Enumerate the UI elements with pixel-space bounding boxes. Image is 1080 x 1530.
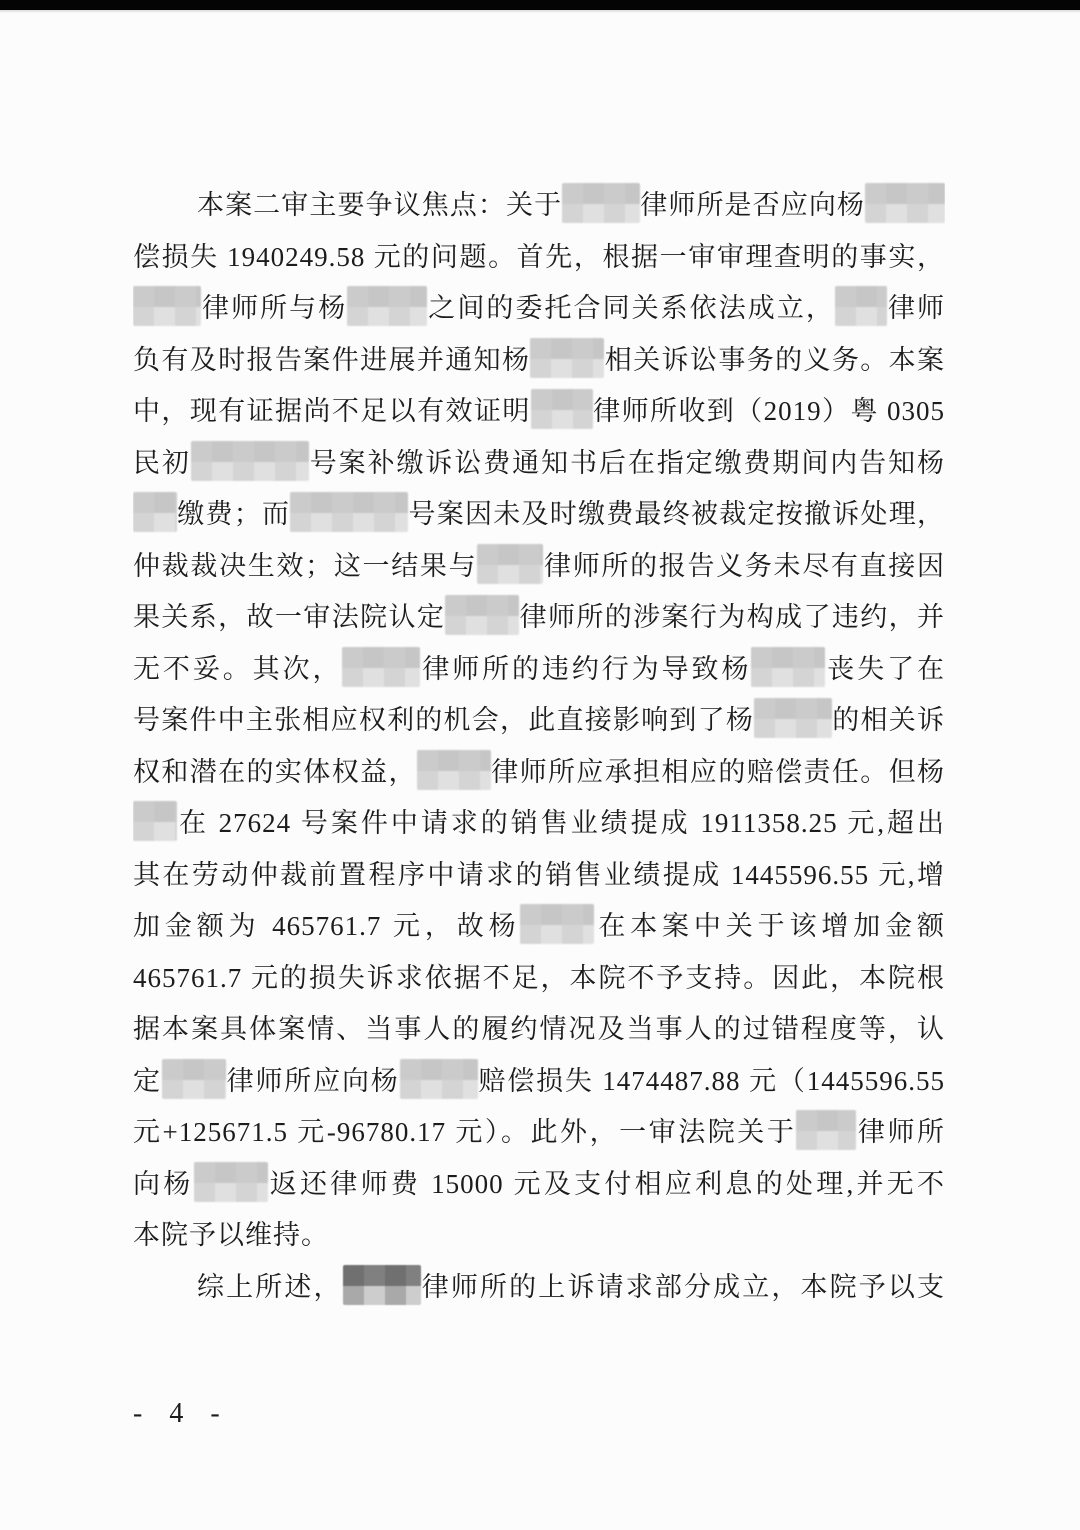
- text-run: 律师所是否应向杨: [640, 190, 865, 220]
- text-line: 无不妥。其次，律师所的违约行为导致杨丧失了在: [133, 644, 945, 696]
- text-line: 在 27624 号案件中请求的销售业绩提成 1911358.25 元,超出: [133, 798, 945, 850]
- text-run: 律师所: [856, 1117, 945, 1147]
- text-line: 号案件中主张相应权利的机会，此直接影响到了杨的相关诉: [133, 695, 945, 747]
- text-line: 本案二审主要争议焦点：关于律师所是否应向杨赔: [133, 180, 945, 232]
- redaction-block: [194, 1162, 268, 1202]
- redaction-block: [133, 492, 177, 532]
- text-run: 律师所应向杨: [226, 1066, 400, 1096]
- text-line: 定律师所应向杨赔偿损失 1474487.88 元（1445596.55: [133, 1056, 945, 1108]
- text-run: 偿损失 1940249.58 元的问题。首先，根据一审审理查明的事实，: [133, 242, 945, 272]
- redaction-block: [754, 698, 832, 738]
- text-line: 加金额为 465761.7 元，故杨在本案中关于该增加金额: [133, 901, 945, 953]
- text-line: 元+125671.5 元-96780.17 元）。此外，一审法院关于律师所: [133, 1107, 945, 1159]
- text-run: 在 27624 号案件中请求的销售业绩提成 1911358.25 元,超出: [177, 808, 945, 838]
- text-run: 负有及时报告案件进展并通知杨: [133, 345, 530, 375]
- redaction-block: [751, 647, 825, 687]
- text-run: 在本案中关于该增加金额: [594, 911, 945, 941]
- text-run: 465761.7 元的损失诉求依据不足，本院不予支持。因此，本院根: [133, 963, 945, 993]
- text-run: 号案件中主张相应权利的机会，此直接影响到了杨: [133, 705, 754, 735]
- text-run: 果关系，故一审法院认定: [133, 602, 445, 632]
- scan-top-bar-shadow: [0, 10, 1080, 13]
- redaction-block: [477, 544, 543, 584]
- text-run: 无不妥。其次，: [133, 654, 342, 684]
- text-line: 仲裁裁决生效；这一结果与律师所的报告义务未尽有直接因: [133, 541, 945, 593]
- text-run: 仲裁裁决生效；这一结果与: [133, 551, 477, 581]
- redaction-block: [343, 1265, 421, 1305]
- text-run: 律师所应承担相应的赔偿责任。但杨: [491, 757, 945, 787]
- text-run: 民初: [133, 448, 191, 478]
- text-line: 综上所述，律师所的上诉请求部分成立，本院予以支持，: [133, 1262, 945, 1314]
- redaction-block: [796, 1110, 856, 1150]
- text-line: 465761.7 元的损失诉求依据不足，本院不予支持。因此，本院根: [133, 953, 945, 1005]
- text-run: 律师所收到（2019）粤 0305: [593, 396, 945, 426]
- text-run: 据本案具体案情、当事人的履约情况及当事人的过错程度等，认: [133, 1014, 945, 1044]
- text-line: 果关系，故一审法院认定律师所的涉案行为构成了违约，并: [133, 592, 945, 644]
- text-run: 赔偿损失 1474487.88 元（1445596.55: [478, 1066, 945, 1096]
- text-run: 加金额为 465761.7 元，故杨: [133, 911, 520, 941]
- text-run: 定: [133, 1066, 162, 1096]
- redaction-block: [865, 183, 945, 223]
- redaction-block: [445, 595, 519, 635]
- text-run: 之间的委托合同关系依法成立，: [427, 293, 835, 323]
- text-run: 综上所述，: [197, 1272, 343, 1302]
- text-line: 权和潜在的实体权益，律师所应承担相应的赔偿责任。但杨: [133, 747, 945, 799]
- text-run: 律师所的报告义务未尽有直接因: [543, 551, 945, 581]
- text-line: 律师所与杨之间的委托合同关系依法成立，律师所: [133, 283, 945, 335]
- text-run: 元+125671.5 元-96780.17 元）。此外，一审法院关于: [133, 1117, 796, 1147]
- text-run: 本院予以维持。: [133, 1220, 329, 1250]
- text-line: 据本案具体案情、当事人的履约情况及当事人的过错程度等，认: [133, 1004, 945, 1056]
- text-line: 偿损失 1940249.58 元的问题。首先，根据一审审理查明的事实，: [133, 232, 945, 284]
- text-line: 民初号案补缴诉讼费通知书后在指定缴费期间内告知杨: [133, 438, 945, 490]
- text-run: 中，现有证据尚不足以有效证明: [133, 396, 531, 426]
- redaction-block: [400, 1059, 478, 1099]
- text-run: 的相关诉: [832, 705, 945, 735]
- text-run: 权和潜在的实体权益，: [133, 757, 417, 787]
- redaction-block: [342, 647, 420, 687]
- text-run: 向杨: [133, 1169, 194, 1199]
- text-run: 律师所与杨: [201, 293, 347, 323]
- redaction-block: [133, 801, 177, 841]
- redaction-block: [530, 338, 604, 378]
- redaction-block: [562, 183, 640, 223]
- redaction-block: [520, 904, 594, 944]
- text-line: 缴费；而号案因未及时缴费最终被裁定按撤诉处理，原: [133, 489, 945, 541]
- text-run: 丧失了在: [825, 654, 945, 684]
- text-run: 律师所的涉案行为构成了违约，并: [519, 602, 945, 632]
- text-line: 向杨返还律师费 15000 元及支付相应利息的处理,并无不当，: [133, 1159, 945, 1211]
- text-run: 号案补缴诉讼费通知书后在指定缴费期间内告知杨: [309, 448, 945, 478]
- text-line: 负有及时报告案件进展并通知杨相关诉讼事务的义务。本案: [133, 335, 945, 387]
- text-run: 相关诉讼事务的义务。本案: [604, 345, 945, 375]
- text-line: 本院予以维持。: [133, 1210, 945, 1262]
- redaction-block: [191, 441, 309, 481]
- document-body: 本案二审主要争议焦点：关于律师所是否应向杨赔偿损失 1940249.58 元的问…: [133, 180, 945, 1313]
- text-line: 其在劳动仲裁前置程序中请求的销售业绩提成 1445596.55 元,增: [133, 850, 945, 902]
- text-run: 其在劳动仲裁前置程序中请求的销售业绩提成 1445596.55 元,增: [133, 860, 945, 890]
- text-run: 律师所的违约行为导致杨: [420, 654, 751, 684]
- document-page: 本案二审主要争议焦点：关于律师所是否应向杨赔偿损失 1940249.58 元的问…: [0, 0, 1080, 1530]
- redaction-block: [417, 750, 491, 790]
- scan-top-bar: [0, 0, 1080, 10]
- page-number: - 4 -: [133, 1398, 230, 1430]
- text-run: 缴费；而: [177, 499, 290, 529]
- redaction-block: [162, 1059, 226, 1099]
- redaction-block: [347, 286, 427, 326]
- text-line: 中，现有证据尚不足以有效证明律师所收到（2019）粤 0305: [133, 386, 945, 438]
- redaction-block: [835, 286, 887, 326]
- redaction-block: [290, 492, 408, 532]
- text-run: 本案二审主要争议焦点：关于: [197, 190, 562, 220]
- redaction-block: [531, 389, 593, 429]
- redaction-block: [133, 286, 201, 326]
